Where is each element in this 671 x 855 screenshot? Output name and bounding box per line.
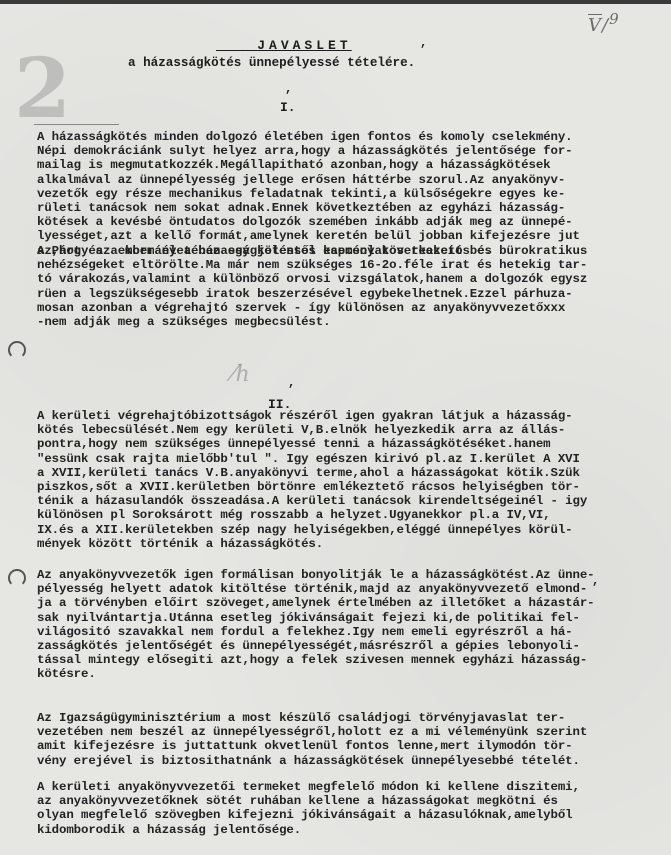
pencil-initials: ⁄h [232, 362, 282, 392]
text-line: pélyesség helyett adatok kitöltése törté… [37, 582, 667, 596]
paragraph-2-3: Az Igazságügyminisztérium a most készülő… [37, 711, 667, 768]
text-line: A házasságkötés minden dolgozó életében … [37, 130, 667, 144]
text-line: A kerületi végrehajtóbizottságok részérő… [37, 409, 667, 423]
page-number-num: 9 [609, 10, 620, 28]
text-line: tással mintegy elősegiti azt,hogy a fele… [37, 653, 667, 667]
text-line: "essünk csak rajta mielőbb'tul ". Igy eg… [37, 452, 667, 466]
paragraph-1-2: A Párt és a kormány a házasságkötéssel k… [37, 244, 667, 329]
text-line: az anyakönyvvezetőknek sötét ruhában kel… [37, 794, 667, 808]
text-line: kötésre. [37, 667, 667, 681]
text-line: rüen a legszükségesebb iratok beszerzésé… [37, 287, 667, 301]
text-line: Az anyakönyvvezetők igen formálisan bony… [37, 568, 667, 582]
text-line: lyességet,azt a kellő formát,amelynek ke… [37, 229, 667, 243]
text-line: Népi demokráciánk sulyt helyez arra,hogy… [37, 144, 667, 158]
text-line: különösen pl Soroksárott még rosszabb a … [37, 508, 667, 522]
text-line: vény erejével is biztosithatnánk a házas… [37, 754, 667, 768]
paragraph-2-2: Az anyakönyvvezetők igen formálisan bony… [37, 568, 667, 682]
document-subtitle: a házasságkötés ünnepélyessé tételére. [128, 56, 415, 70]
paragraph-1-1: A házasságkötés minden dolgozó életében … [37, 130, 667, 258]
text-line: rületi tanácsok nem sokat adnak.Ennek kö… [37, 201, 667, 215]
text-line: A kerületi anyakönyvvezetői termeket meg… [37, 780, 667, 794]
page-number: V/9 [588, 10, 620, 36]
text-line: -nem adják meg a szükséges megbecsülést. [37, 315, 667, 329]
margin-annotation-pencil: 2 [14, 48, 71, 130]
text-line: IX.és a XII.kerületekben szép nagy helyi… [37, 523, 667, 537]
text-line: vezetők egy része mechanikus feladatnak … [37, 187, 667, 201]
text-line: mailag is megmutatkozzék.Megállapitható … [37, 158, 667, 172]
stray-mark: , [288, 376, 295, 390]
stray-mark: , [285, 82, 292, 96]
margin-bracket-mark [8, 341, 26, 359]
text-line: nehézségeket eltörölte.Ma már nem szüksé… [37, 258, 667, 272]
document-page: V/9 2 _ _ JAVASLET a házasságkötés ünnep… [0, 4, 671, 855]
text-line: A Párt és a kormány a házasságkötéssel k… [37, 244, 667, 258]
text-line: vezetében nem beszél az ünnepélyességről… [37, 725, 667, 739]
text-line: olyan megfelelő szövegben kifejezni jóki… [37, 808, 667, 822]
text-line: mények között történik a házasságkötés. [37, 537, 667, 551]
title-text: JAVASLET [257, 38, 351, 53]
text-line: Az Igazságügyminisztérium a most készülő… [37, 711, 667, 725]
text-line: piszkos,sőt a XVII.kerületben börtönre e… [37, 480, 667, 494]
text-line: világositó szavakkal nem fordul a felekh… [37, 625, 667, 639]
document-title: _ _ JAVASLET [216, 38, 352, 53]
title-dashes: _ _ [216, 38, 245, 53]
text-line: a XVII,kerületi tanács V.B.anyakönyvi te… [37, 466, 667, 480]
text-line: alkalmával az ünnepélyesség jellege erős… [37, 173, 667, 187]
margin-bracket-mark [8, 569, 26, 587]
section-number-1: I. [280, 100, 296, 115]
text-line: kötés lebecsülését.Nem egy kerületi V,B.… [37, 423, 667, 437]
text-line: kötések a kevésbé öntudatos dolgozók sze… [37, 215, 667, 229]
stray-mark: , [420, 36, 427, 50]
text-line: ja a törvényben előirt szöveget,amelynek… [37, 596, 667, 610]
text-line: ténik a házasulandók összeadása.A kerüle… [37, 494, 667, 508]
text-line: tó várakozás,valamint a különböző orvosi… [37, 272, 667, 286]
text-line: mosan azonban a végrehajtó szervek - így… [37, 301, 667, 315]
text-line: sak nyilvántartja.Utánna esetleg jókiván… [37, 611, 667, 625]
text-line: kidomborodik a házasság jelentősége. [37, 823, 667, 837]
paragraph-2-1: A kerületi végrehajtóbizottságok részérő… [37, 409, 667, 551]
text-line: zasságkötés jelentőségét és ünnepélyessé… [37, 639, 667, 653]
text-line: amit kifejezésre is juttattunk okvetlenü… [37, 739, 667, 753]
page-number-roman: V [588, 15, 602, 36]
paragraph-2-4: A kerületi anyakönyvvezetői termeket meg… [37, 780, 667, 837]
margin-underline-mark [34, 124, 119, 125]
text-line: pontra,hogy nem szükséges ünnepélyessé t… [37, 437, 667, 451]
